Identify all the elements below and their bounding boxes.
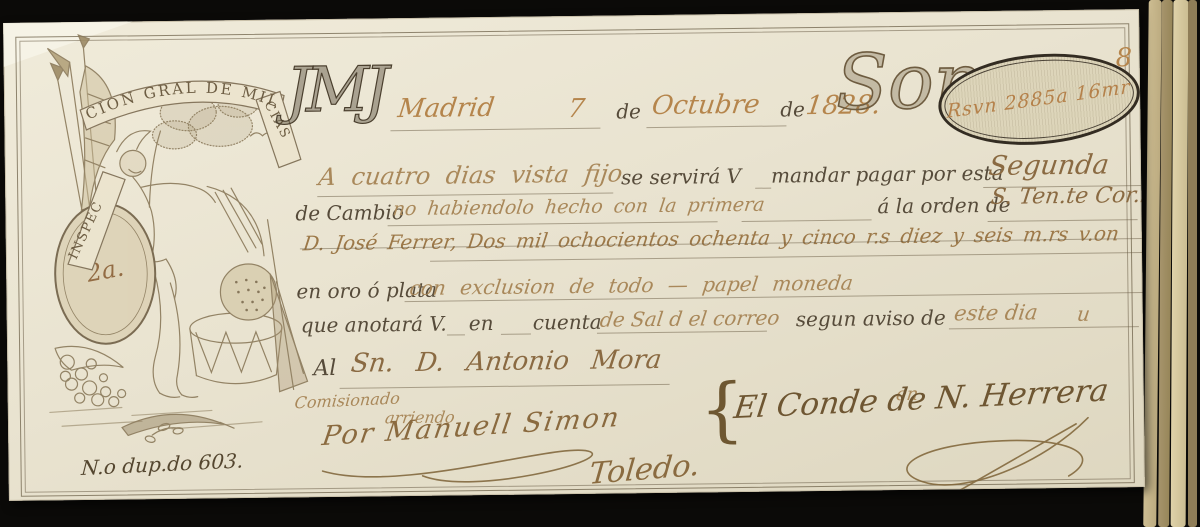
destination-city: Toledo. bbox=[588, 451, 701, 490]
allegorical-engraving: 2a. bbox=[27, 29, 312, 452]
printed-en: en bbox=[469, 313, 494, 333]
first-copy-clause: no habiendolo hecho con la primera bbox=[392, 196, 766, 220]
document-sheet: 2a. bbox=[3, 9, 1145, 501]
book-page-edge bbox=[1188, 0, 1197, 527]
printed-se-servira: se servirá V bbox=[621, 166, 741, 187]
term-of-payment: A cuatro dias vista fijo bbox=[317, 161, 624, 189]
dateline-place: Madrid bbox=[396, 95, 495, 122]
sickle-icon bbox=[122, 414, 234, 436]
dateline-de1: de bbox=[616, 101, 641, 121]
ruled-line bbox=[755, 188, 771, 189]
drawee-name: Sn. D. Antonio Mora bbox=[349, 347, 663, 377]
printed-de-cambio: de Cambio bbox=[295, 202, 404, 223]
printed-cuenta: cuenta bbox=[533, 312, 602, 333]
printed-segun-aviso: segun aviso de bbox=[796, 307, 946, 329]
printed-al: Al bbox=[313, 358, 336, 380]
scene-background: 2a. bbox=[0, 0, 1200, 527]
pen-squiggle: u bbox=[1076, 304, 1091, 324]
document-content: 2a. bbox=[3, 9, 1145, 501]
advice-date: este dia bbox=[953, 302, 1039, 324]
dateline-day: 7 bbox=[566, 96, 586, 122]
account-detail: de Sal d el correo bbox=[599, 307, 781, 329]
religious-monogram: JMJ bbox=[286, 58, 385, 121]
payee-title: S. Ten.te Cor.l bbox=[989, 185, 1144, 209]
book-page-edge bbox=[1171, 0, 1189, 527]
tree-icon bbox=[148, 91, 259, 207]
corner-number: 8 bbox=[1115, 45, 1132, 71]
copy-ordinal: Segunda bbox=[987, 151, 1110, 180]
printed-que-anotara: que anotará V. bbox=[301, 314, 447, 336]
dateline-de2: de bbox=[780, 99, 805, 119]
dateline-month: Octubre bbox=[650, 92, 761, 119]
printed-mandar-pagar: mandar pagar por esta bbox=[771, 163, 1004, 186]
cornucopia-coins bbox=[55, 346, 126, 408]
specie-clause: con exclusion de todo — papel moneda bbox=[409, 273, 855, 298]
ruled-line bbox=[447, 334, 465, 335]
leaning-banner bbox=[268, 219, 308, 391]
